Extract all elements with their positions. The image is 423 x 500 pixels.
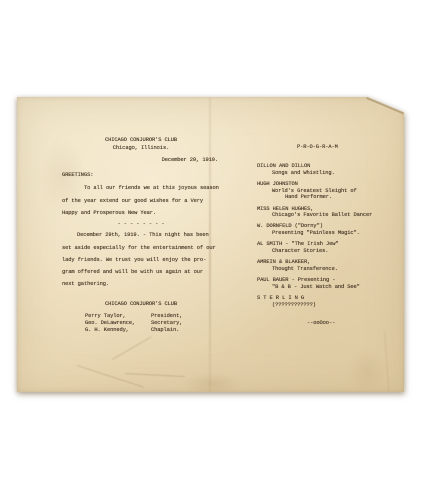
- stain: [347, 347, 387, 397]
- officer-title: Chaplain.: [151, 327, 179, 334]
- program-act: S T E R L I N G (????????????): [257, 295, 417, 309]
- club-name: CHICAGO CONJUROR'S CLUB: [62, 137, 220, 145]
- program-act: DILLON AND DILLON Songs and Whistling.: [257, 163, 417, 177]
- officer-row: Perry Taylor, President,: [85, 313, 220, 320]
- officer-row: G. H. Kennedy, Chaplain.: [85, 327, 220, 334]
- act-desc: Character Stories.: [257, 248, 417, 255]
- officers-list: Perry Taylor, President, Geo. DeLawrence…: [85, 313, 220, 334]
- officer-row: Geo. DeLawrence, Secretary,: [85, 320, 220, 327]
- act-name: HUGH JOHNSTON: [257, 181, 417, 188]
- officer-name: G. H. Kennedy,: [85, 327, 151, 334]
- club-city: Chicago, Illinois.: [62, 145, 220, 157]
- act-desc: Presenting "Painless Magic".: [257, 230, 417, 237]
- act-name: DILLON AND DILLON: [257, 163, 417, 170]
- paragraph2-line: December 29th, 1919. - This night has be…: [62, 232, 220, 244]
- top-right-corner-fold-edge: [366, 97, 403, 114]
- officer-title: President,: [151, 313, 182, 320]
- crease: [77, 365, 144, 388]
- salutation: GREETINGS:: [62, 172, 220, 185]
- act-desc: Songs and Whistling.: [257, 170, 417, 177]
- letter-date: December 29, 1919.: [62, 157, 220, 173]
- act-desc: (????????????): [257, 302, 417, 309]
- scanned-letter: CHICAGO CONJUROR'S CLUB Chicago, Illinoi…: [17, 97, 404, 392]
- officer-name: Geo. DeLawrence,: [85, 320, 151, 327]
- paper-sheet: CHICAGO CONJUROR'S CLUB Chicago, Illinoi…: [17, 97, 404, 392]
- act-desc: World's Greatest Sleight of: [257, 188, 417, 195]
- act-desc: Hand Performer.: [257, 194, 417, 201]
- crease: [125, 373, 185, 377]
- stain: [182, 372, 242, 396]
- program-heading: P-R-O-G-R-A-M: [297, 144, 417, 163]
- letter-column: CHICAGO CONJUROR'S CLUB Chicago, Illinoi…: [62, 137, 220, 333]
- paragraph1-line: Happy and Prosperous New Year.: [62, 210, 220, 222]
- paragraph2-line: next gathering.: [62, 281, 220, 301]
- act-desc: Thought Transference.: [257, 266, 417, 273]
- officer-name: Perry Taylor,: [85, 313, 151, 320]
- program-act: AL SMITH - "The Irish Jew" Character Sto…: [257, 241, 417, 255]
- act-desc: Chicago's Favorite Ballet Dancer: [257, 212, 417, 219]
- dash-divider: - - - - - - - -: [62, 221, 220, 232]
- paragraph2-line: set aside especially for the entertainme…: [62, 245, 220, 257]
- paragraph1-line: of the year extend our good wishes for a…: [62, 198, 220, 210]
- paragraph2-line: gram offered and will be with us again a…: [62, 269, 220, 281]
- program-act: W. DORNFELD ("Dorny") Presenting "Painle…: [257, 223, 417, 237]
- paragraph2-line: lady friends. We trust you will enjoy th…: [62, 257, 220, 269]
- footer-club-name: CHICAGO CONJUROR'S CLUB: [62, 301, 220, 313]
- program-column: P-R-O-G-R-A-M DILLON AND DILLON Songs an…: [257, 144, 417, 326]
- program-act: PAUL BAUER - Presenting - "B & B - Just …: [257, 277, 417, 291]
- act-desc: "B & B - Just Watch and See": [257, 284, 417, 291]
- program-act: AMREIN & BLAKEER, Thought Transference.: [257, 259, 417, 273]
- crease: [112, 337, 151, 360]
- officer-title: Secretary,: [151, 320, 182, 327]
- act-name: PAUL BAUER - Presenting -: [257, 277, 417, 284]
- act-name: S T E R L I N G: [257, 295, 417, 302]
- paragraph1-line: To all our friends we at this joyous sea…: [62, 185, 220, 197]
- closing-flourish: --ooOoo--: [307, 320, 417, 326]
- program-act: HUGH JOHNSTON World's Greatest Sleight o…: [257, 181, 417, 201]
- program-act: MISS HELEN HUGHES, Chicago's Favorite Ba…: [257, 206, 417, 220]
